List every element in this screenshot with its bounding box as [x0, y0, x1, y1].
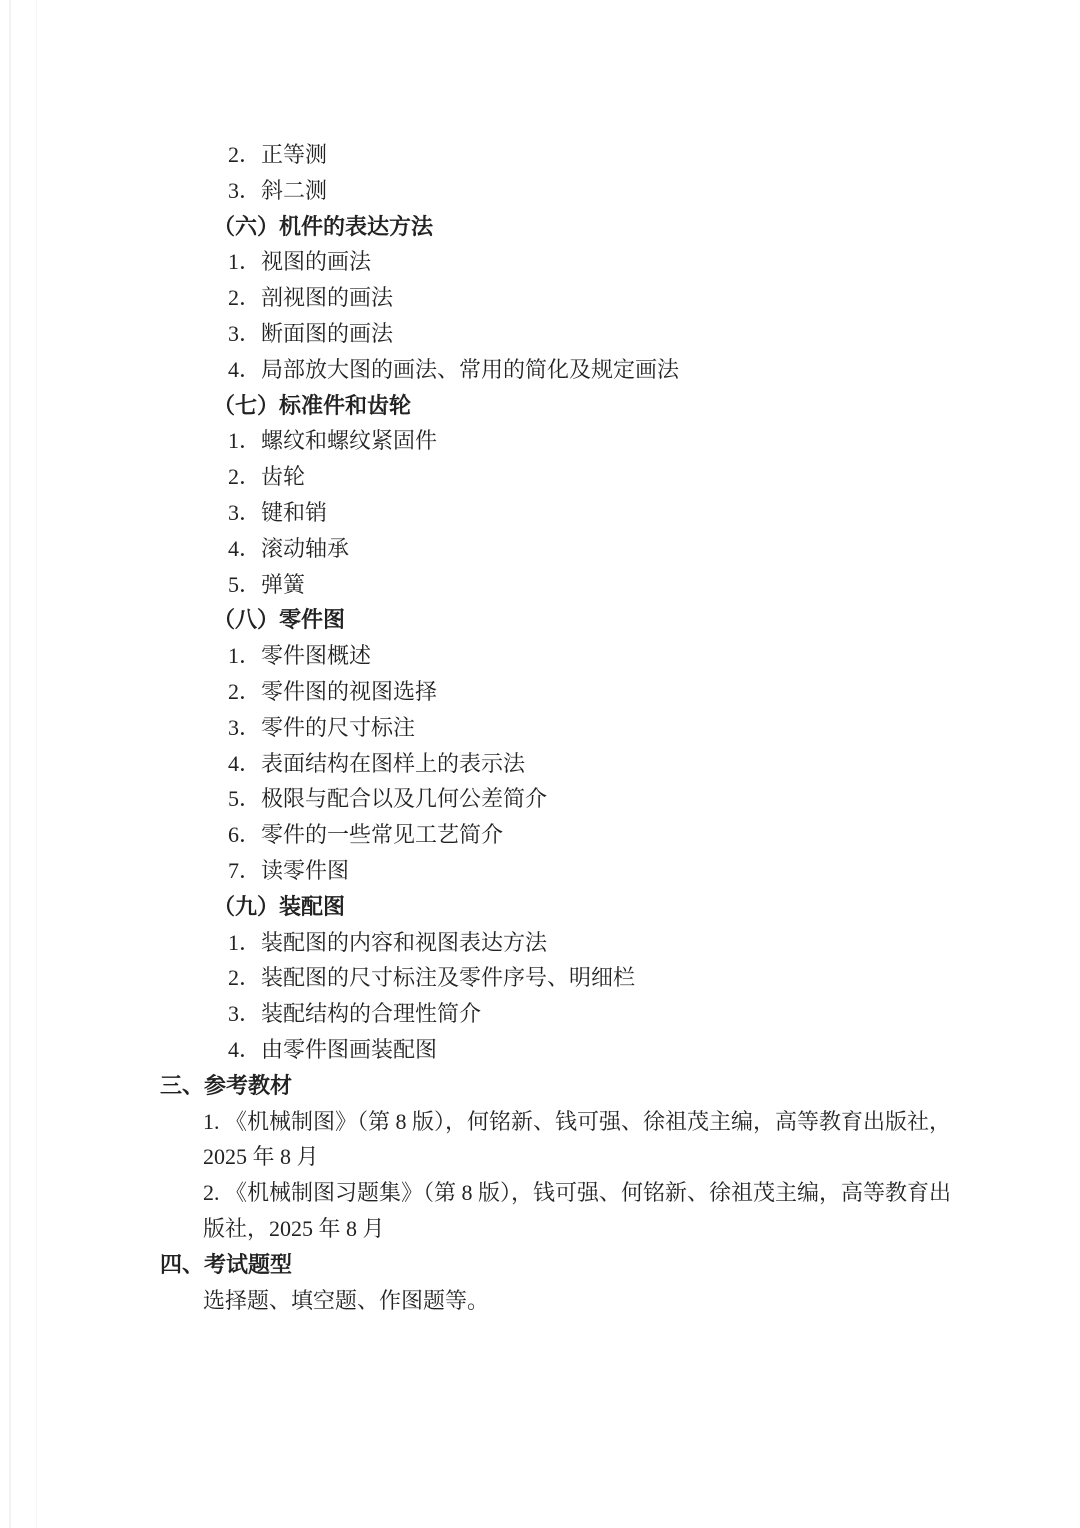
item-number: 1．	[228, 930, 261, 955]
outline-item: 2．零件图的视图选择	[228, 674, 970, 710]
item-text: 装配图的尺寸标注及零件序号、明细栏	[261, 965, 635, 990]
item-number: 4．	[228, 357, 261, 382]
outline-item: 1．装配图的内容和视图表达方法	[228, 925, 970, 961]
section-heading-9: （九）装配图	[213, 889, 970, 925]
item-number: 3．	[228, 500, 261, 525]
item-number: 5．	[228, 786, 261, 811]
item-number: 3．	[228, 715, 261, 740]
outline-item: 5．弹簧	[228, 567, 970, 603]
item-text: 断面图的画法	[261, 321, 393, 346]
scan-artifact-line-2	[36, 0, 37, 1528]
outline-item: 1．零件图概述	[228, 638, 970, 674]
section-heading-6: （六）机件的表达方法	[213, 209, 970, 245]
outline-item: 6．零件的一些常见工艺简介	[228, 817, 970, 853]
outline-item: 2．剖视图的画法	[228, 280, 970, 316]
section-heading-7: （七）标准件和齿轮	[213, 388, 970, 424]
item-text: 局部放大图的画法、常用的简化及规定画法	[261, 357, 679, 382]
item-text: 装配结构的合理性简介	[261, 1001, 481, 1026]
document-page: 2．正等测 3．斜二测 （六）机件的表达方法 1．视图的画法 2．剖视图的画法 …	[0, 0, 1080, 1528]
item-number: 2．	[228, 285, 261, 310]
item-number: 2．	[228, 142, 261, 167]
outline-item: 4．滚动轴承	[228, 531, 970, 567]
item-number: 1．	[228, 643, 261, 668]
outline-item: 3．断面图的画法	[228, 316, 970, 352]
item-text: 齿轮	[261, 464, 305, 489]
item-text: 弹簧	[261, 572, 305, 597]
item-number: 2．	[228, 464, 261, 489]
references-heading: 三、参考教材	[160, 1068, 970, 1104]
item-number: 1．	[228, 249, 261, 274]
outline-item: 1．螺纹和螺纹紧固件	[228, 423, 970, 459]
item-number: 5．	[228, 572, 261, 597]
item-number: 7．	[228, 858, 261, 883]
item-text: 读零件图	[261, 858, 349, 883]
item-text: 斜二测	[261, 178, 327, 203]
item-text: 零件的尺寸标注	[261, 715, 415, 740]
item-number: 2．	[228, 679, 261, 704]
outline-item: 4．由零件图画装配图	[228, 1032, 970, 1068]
reference-entry: 2. 《机械制图习题集》（第 8 版），钱可强、何铭新、徐祖茂主编，高等教育出版…	[203, 1175, 955, 1247]
outline-item: 2．装配图的尺寸标注及零件序号、明细栏	[228, 960, 970, 996]
item-number: 4．	[228, 536, 261, 561]
outline-item: 3．零件的尺寸标注	[228, 710, 970, 746]
item-number: 4．	[228, 1037, 261, 1062]
item-text: 视图的画法	[261, 249, 371, 274]
section-heading-8: （八）零件图	[213, 602, 970, 638]
outline-item: 7．读零件图	[228, 853, 970, 889]
item-text: 键和销	[261, 500, 327, 525]
exam-types-text: 选择题、填空题、作图题等。	[203, 1283, 970, 1319]
outline-item: 3．装配结构的合理性简介	[228, 996, 970, 1032]
item-number: 6．	[228, 822, 261, 847]
item-text: 由零件图画装配图	[261, 1037, 437, 1062]
exam-types-heading: 四、考试题型	[160, 1247, 970, 1283]
item-number: 1．	[228, 428, 261, 453]
outline-item: 2．正等测	[228, 137, 970, 173]
item-text: 表面结构在图样上的表示法	[261, 751, 525, 776]
item-text: 极限与配合以及几何公差简介	[261, 786, 547, 811]
outline-item: 5．极限与配合以及几何公差简介	[228, 781, 970, 817]
outline-item: 2．齿轮	[228, 459, 970, 495]
item-number: 3．	[228, 178, 261, 203]
reference-entry: 1. 《机械制图》（第 8 版），何铭新、钱可强、徐祖茂主编，高等教育出版社，2…	[203, 1104, 955, 1176]
item-text: 剖视图的画法	[261, 285, 393, 310]
item-text: 螺纹和螺纹紧固件	[261, 428, 437, 453]
outline-item: 4．表面结构在图样上的表示法	[228, 746, 970, 782]
document-content: 2．正等测 3．斜二测 （六）机件的表达方法 1．视图的画法 2．剖视图的画法 …	[160, 137, 970, 1318]
item-number: 3．	[228, 321, 261, 346]
item-number: 4．	[228, 751, 261, 776]
outline-item: 4．局部放大图的画法、常用的简化及规定画法	[228, 352, 970, 388]
item-text: 滚动轴承	[261, 536, 349, 561]
outline-item: 3．键和销	[228, 495, 970, 531]
item-text: 零件的一些常见工艺简介	[261, 822, 503, 847]
item-number: 3．	[228, 1001, 261, 1026]
scan-artifact-line	[9, 0, 11, 1528]
item-text: 零件图概述	[261, 643, 371, 668]
item-text: 零件图的视图选择	[261, 679, 437, 704]
item-number: 2．	[228, 965, 261, 990]
item-text: 装配图的内容和视图表达方法	[261, 930, 547, 955]
outline-item: 3．斜二测	[228, 173, 970, 209]
outline-item: 1．视图的画法	[228, 244, 970, 280]
item-text: 正等测	[261, 142, 327, 167]
